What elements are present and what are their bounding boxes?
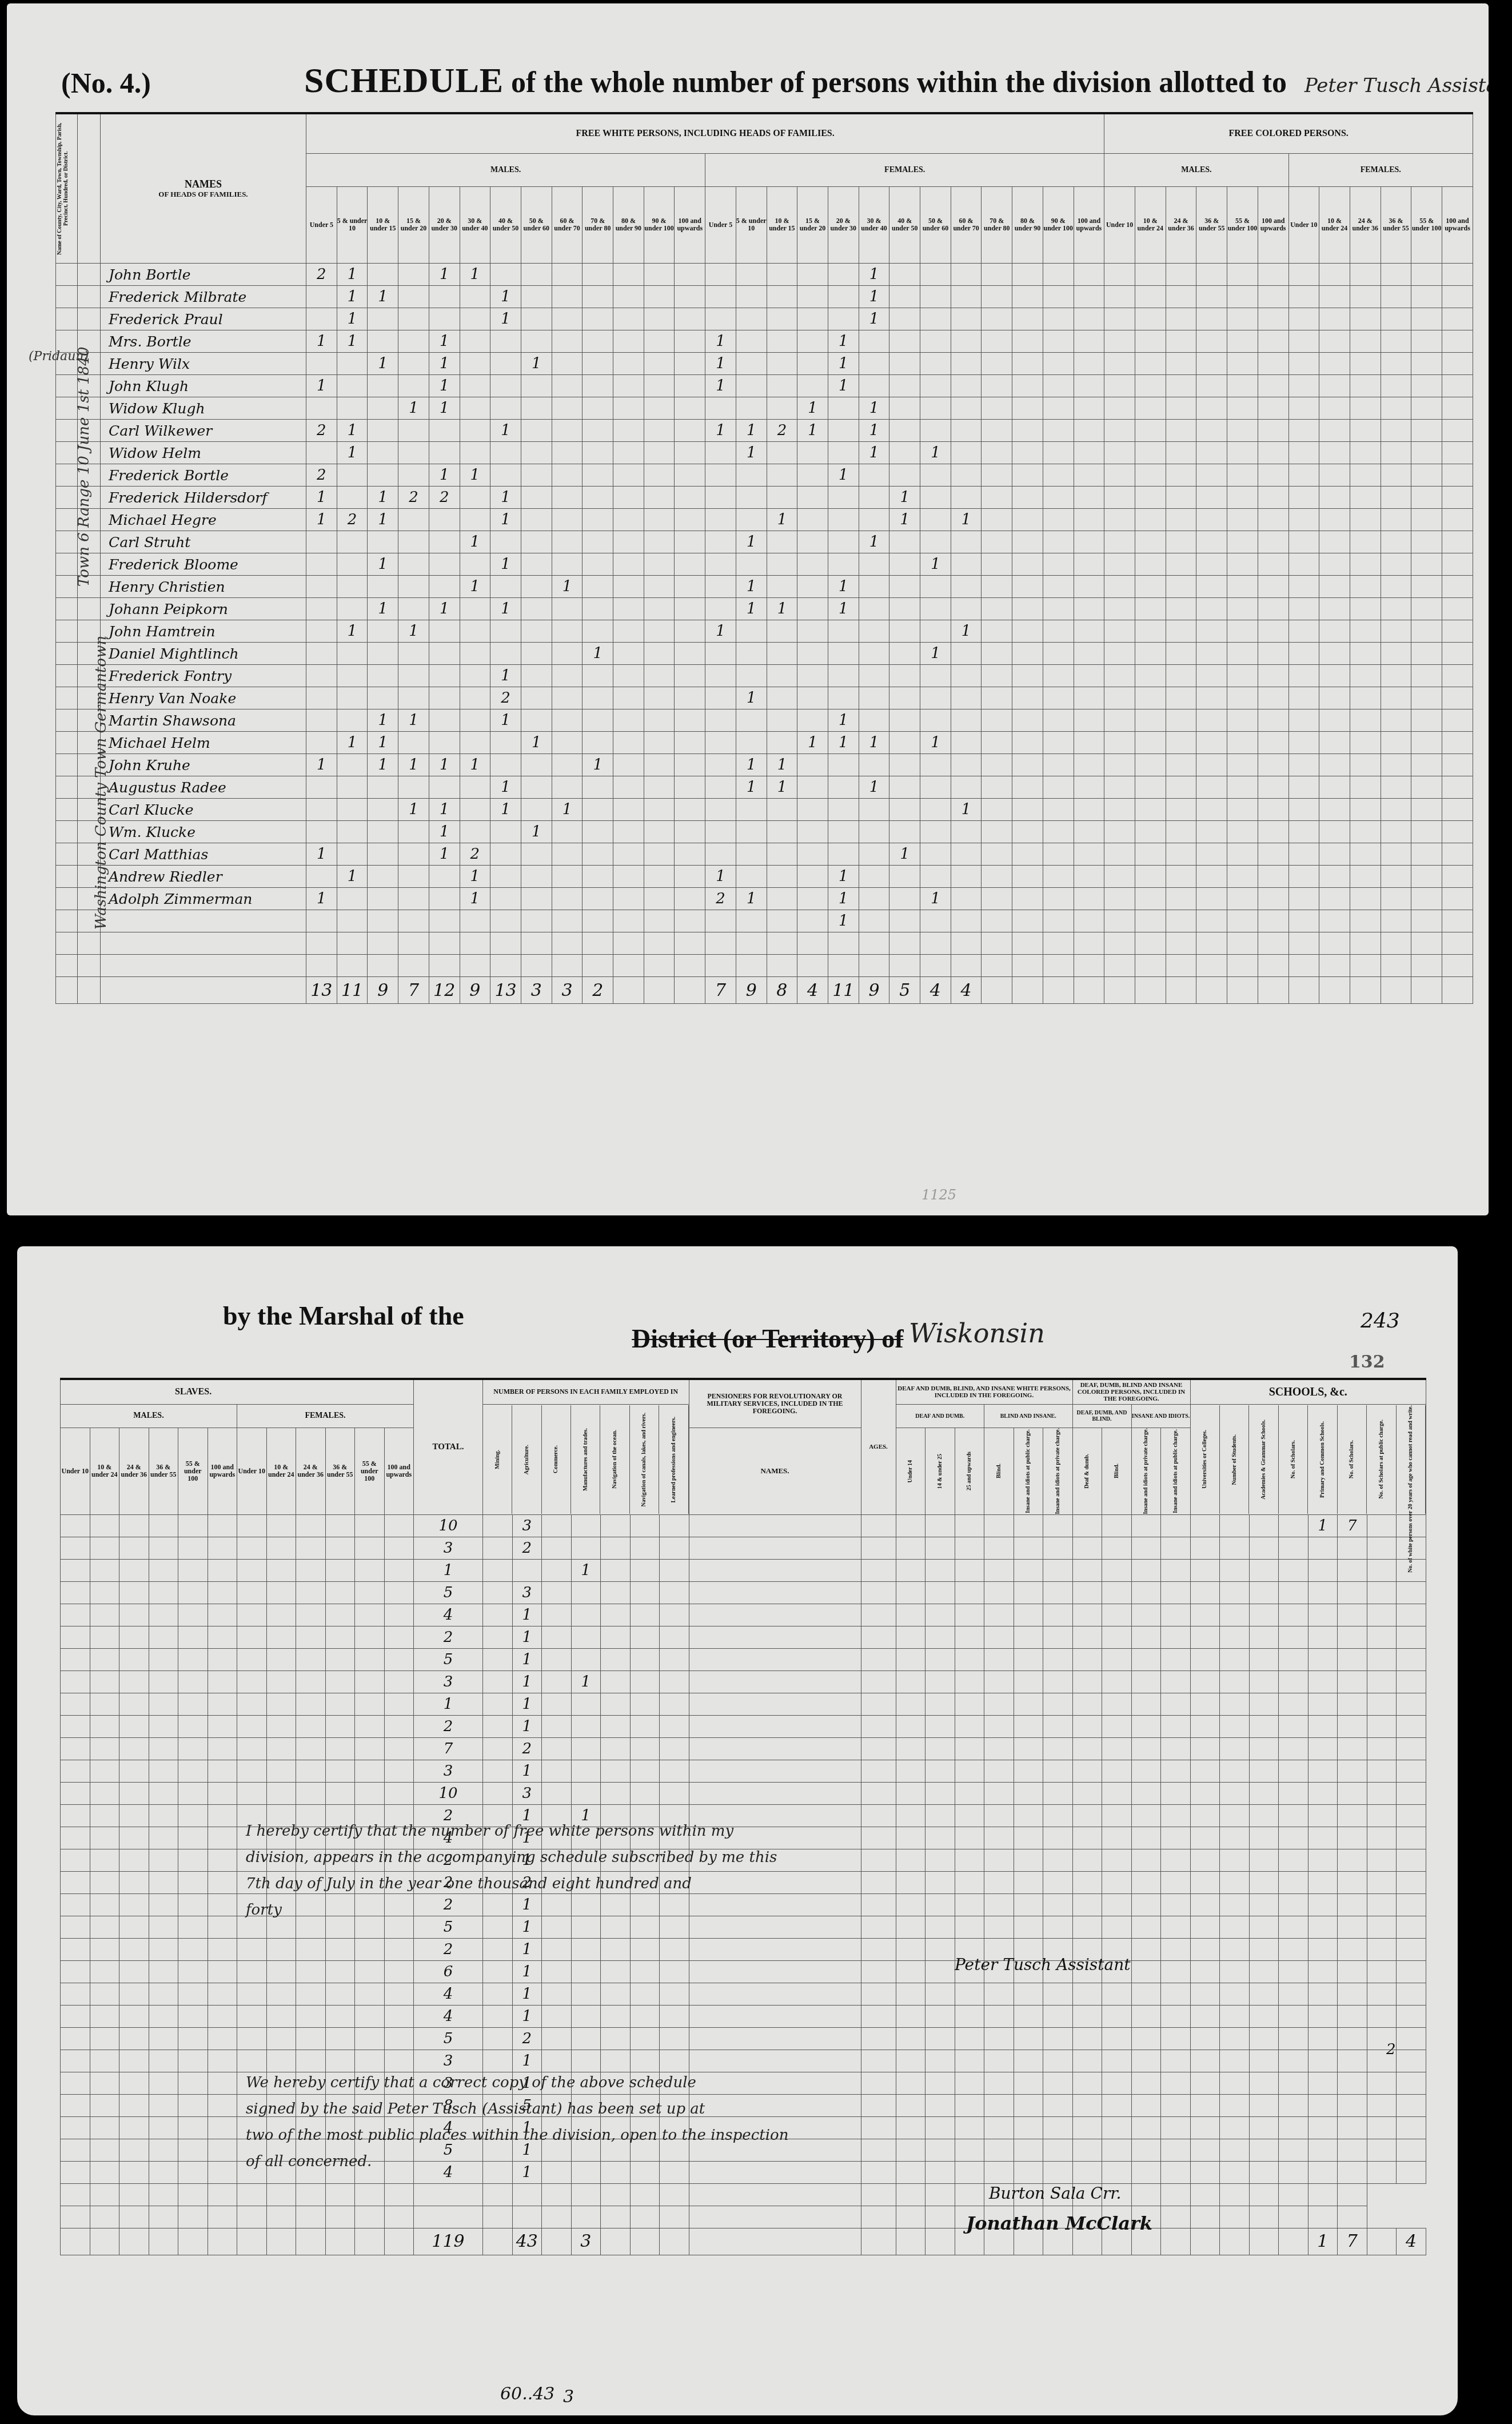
colored-count xyxy=(1196,687,1227,709)
female-count xyxy=(1074,397,1104,420)
female-count: 1 xyxy=(828,866,859,888)
district-title: District (or Territory) of xyxy=(632,1323,904,1354)
male-count xyxy=(306,442,337,464)
female-count xyxy=(920,576,951,598)
colored-count xyxy=(1196,620,1227,643)
mining-count xyxy=(483,1938,513,1960)
household-total: 4 xyxy=(414,2005,483,2027)
colored-count xyxy=(1442,754,1473,776)
slave-count xyxy=(178,1849,208,1871)
primary-scholars xyxy=(1338,2027,1367,2050)
slave-count xyxy=(149,2228,178,2255)
slave-count xyxy=(61,1604,90,1626)
colored-count xyxy=(1350,843,1381,866)
agriculture-count: 1 xyxy=(512,1960,542,1983)
colored-count xyxy=(1350,286,1381,308)
female-count xyxy=(920,709,951,732)
colored-count xyxy=(1442,553,1473,576)
slave-count xyxy=(61,1760,90,1782)
colored-count xyxy=(1411,464,1442,487)
male-count xyxy=(552,821,583,843)
female-count xyxy=(767,286,797,308)
colored-count xyxy=(1227,821,1258,843)
slave-count xyxy=(266,1782,296,1804)
male-count xyxy=(490,866,521,888)
colored-count xyxy=(1350,375,1381,397)
female-count: 1 xyxy=(920,732,951,754)
male-count xyxy=(490,620,521,643)
female-count: 1 xyxy=(797,420,828,442)
commerce-count xyxy=(542,1559,572,1581)
female-count xyxy=(951,732,982,754)
colored-female-age-col: 10 & under 24 xyxy=(1319,186,1350,263)
male-count xyxy=(398,531,429,553)
colored-count xyxy=(1442,308,1473,330)
female-count xyxy=(1012,754,1043,776)
male-count xyxy=(460,709,490,732)
female-count: 1 xyxy=(705,375,736,397)
female-count xyxy=(951,665,982,687)
slave-count xyxy=(119,2027,149,2050)
male-count xyxy=(552,643,583,665)
colored-females-header: FEMALES. xyxy=(1288,153,1473,186)
female-count xyxy=(982,375,1012,397)
slave-count xyxy=(178,1537,208,1559)
male-count xyxy=(398,821,429,843)
colored-count xyxy=(1442,420,1473,442)
colored-count xyxy=(1319,754,1350,776)
male-count: 1 xyxy=(429,264,460,286)
slave-count xyxy=(325,2027,355,2050)
male-count xyxy=(521,888,552,910)
female-count xyxy=(736,286,767,308)
slave-count xyxy=(61,2050,90,2072)
colored-count xyxy=(1135,866,1166,888)
female-count xyxy=(951,687,982,709)
female-count xyxy=(1043,553,1074,576)
primary-scholars xyxy=(1338,1827,1367,1849)
male-total: 3 xyxy=(552,977,583,1004)
slave-count xyxy=(208,2116,237,2139)
slave-count xyxy=(178,1782,208,1804)
slave-count xyxy=(90,2161,119,2183)
female-count xyxy=(859,509,889,531)
female-count xyxy=(982,330,1012,353)
female-total xyxy=(982,977,1012,1004)
primary-schools xyxy=(1308,1827,1338,1849)
slave-count xyxy=(61,2027,90,2050)
colored-count xyxy=(1442,799,1473,821)
colored-count xyxy=(1258,687,1288,709)
female-count: 1 xyxy=(767,754,797,776)
male-count xyxy=(337,910,368,932)
female-count xyxy=(982,576,1012,598)
male-count xyxy=(306,665,337,687)
male-count xyxy=(644,553,675,576)
colored-count xyxy=(1104,910,1135,932)
female-count xyxy=(1012,464,1043,487)
slave-count xyxy=(325,1693,355,1715)
male-count xyxy=(583,665,613,687)
male-count xyxy=(460,821,490,843)
female-total: 11 xyxy=(828,977,859,1004)
colored-count xyxy=(1288,553,1319,576)
female-count xyxy=(736,264,767,286)
colored-count xyxy=(1135,732,1166,754)
household-total: 10 xyxy=(414,1782,483,1804)
male-count xyxy=(675,464,705,487)
male-count xyxy=(306,531,337,553)
slave-count xyxy=(296,1671,326,1693)
male-count: 1 xyxy=(368,754,398,776)
territory-handwritten: Wiskonsin xyxy=(909,1318,1045,1349)
slave-count xyxy=(384,1648,414,1671)
pensioner-name xyxy=(689,2228,861,2255)
slave-count xyxy=(296,1693,326,1715)
female-count xyxy=(951,353,982,375)
female-count xyxy=(859,754,889,776)
mining-count xyxy=(483,1537,513,1559)
male-count xyxy=(429,866,460,888)
schools-columns: Universities or Colleges.Number of Stude… xyxy=(1191,1405,1426,1514)
colored-count xyxy=(1104,799,1135,821)
slave-count xyxy=(61,1782,90,1804)
head-of-family-name: Henry Christien xyxy=(101,576,306,598)
colored-count xyxy=(1166,509,1196,531)
signature-witness-1: Burton Sala Crr. xyxy=(989,2184,1121,2203)
head-of-family-name: Frederick Milbrate xyxy=(101,286,306,308)
pensioner-age xyxy=(861,1693,896,1715)
female-count xyxy=(951,910,982,932)
slave-male-age-col: 24 & under 36 xyxy=(119,1428,149,1515)
colored-count xyxy=(1135,620,1166,643)
slave-count xyxy=(178,2161,208,2183)
male-count xyxy=(429,509,460,531)
colored-count xyxy=(1411,330,1442,353)
commerce-count xyxy=(542,1960,572,1983)
male-count xyxy=(644,442,675,464)
female-count xyxy=(705,553,736,576)
male-count: 2 xyxy=(337,509,368,531)
female-count xyxy=(828,687,859,709)
female-count xyxy=(859,843,889,866)
male-count xyxy=(521,375,552,397)
male-count xyxy=(644,264,675,286)
male-count xyxy=(460,397,490,420)
page-number-printed: 132 xyxy=(1349,1352,1385,1372)
male-count xyxy=(368,420,398,442)
slave-female-age-col: Under 10 xyxy=(237,1428,267,1515)
colored-count xyxy=(1166,553,1196,576)
colored-count xyxy=(1135,509,1166,531)
male-count xyxy=(337,799,368,821)
illiterate-count xyxy=(1397,1960,1426,1983)
slave-count xyxy=(119,1715,149,1737)
male-total: 9 xyxy=(460,977,490,1004)
slave-count xyxy=(325,1559,355,1581)
male-count: 1 xyxy=(490,286,521,308)
slave-count xyxy=(149,1916,178,1938)
female-count xyxy=(951,598,982,620)
male-count: 1 xyxy=(583,754,613,776)
colored-count xyxy=(1350,910,1381,932)
household-row: 61 xyxy=(61,1960,1426,1983)
colored-count xyxy=(1196,576,1227,598)
agriculture-count: 1 xyxy=(512,1715,542,1737)
manufactures-count: 3 xyxy=(571,2228,601,2255)
slave-count xyxy=(178,2228,208,2255)
colored-count xyxy=(1166,888,1196,910)
female-count xyxy=(797,464,828,487)
male-count xyxy=(583,397,613,420)
commerce-count xyxy=(542,1782,572,1804)
primary-scholars xyxy=(1338,1983,1367,2005)
population-table-left: Name of County, City, Ward, Town, Townsh… xyxy=(55,112,1473,1004)
colored-count xyxy=(1227,286,1258,308)
household-total: 3 xyxy=(414,2050,483,2072)
colored-count xyxy=(1411,866,1442,888)
slave-count xyxy=(119,2050,149,2072)
slave-count xyxy=(61,1893,90,1916)
colored-count xyxy=(1166,620,1196,643)
colored-count xyxy=(1196,509,1227,531)
female-count xyxy=(736,665,767,687)
head-of-family-name: Frederick Bortle xyxy=(101,464,306,487)
female-count xyxy=(1043,776,1074,799)
slave-count xyxy=(325,1737,355,1760)
female-count xyxy=(889,709,920,732)
female-count xyxy=(1043,910,1074,932)
colored-count xyxy=(1411,531,1442,553)
male-count xyxy=(613,509,644,531)
illiterate-count xyxy=(1397,1916,1426,1938)
pensioner-name xyxy=(689,2050,861,2072)
male-count: 1 xyxy=(337,264,368,286)
female-count: 1 xyxy=(859,531,889,553)
white-male-age-col: 40 & under 50 xyxy=(490,186,521,263)
household-row: Carl Wilkewer21111211 xyxy=(56,420,1473,442)
female-total xyxy=(1012,977,1043,1004)
male-count xyxy=(460,687,490,709)
male-count xyxy=(613,553,644,576)
white-female-age-col: 10 & under 15 xyxy=(767,186,797,263)
slave-count xyxy=(90,1849,119,1871)
slave-count xyxy=(266,1715,296,1737)
primary-scholars xyxy=(1338,1737,1367,1760)
male-count xyxy=(429,531,460,553)
female-count xyxy=(1012,442,1043,464)
colored-count xyxy=(1319,531,1350,553)
male-count xyxy=(613,821,644,843)
female-count xyxy=(1074,732,1104,754)
slave-count xyxy=(237,1960,267,1983)
male-count xyxy=(675,286,705,308)
illiterate-count xyxy=(1397,1715,1426,1737)
colored-count xyxy=(1442,687,1473,709)
commerce-count xyxy=(542,2027,572,2050)
female-count: 1 xyxy=(705,620,736,643)
female-count xyxy=(859,888,889,910)
colored-count xyxy=(1104,709,1135,732)
female-count xyxy=(951,420,982,442)
male-count xyxy=(429,709,460,732)
slave-count xyxy=(149,1893,178,1916)
illiterate-count xyxy=(1397,1782,1426,1804)
colored-count xyxy=(1135,375,1166,397)
pensioner-age xyxy=(861,1938,896,1960)
school-col: No. of Scholars. xyxy=(1279,1405,1308,1514)
male-total: 9 xyxy=(368,977,398,1004)
colored-count xyxy=(1135,754,1166,776)
female-count xyxy=(889,732,920,754)
female-count xyxy=(828,442,859,464)
slave-count xyxy=(90,2094,119,2116)
male-count xyxy=(583,509,613,531)
white-male-age-col: 60 & under 70 xyxy=(552,186,583,263)
colored-count xyxy=(1104,866,1135,888)
female-count xyxy=(1043,308,1074,330)
slave-count xyxy=(325,1537,355,1559)
female-count xyxy=(859,553,889,576)
male-count xyxy=(368,665,398,687)
female-count xyxy=(705,464,736,487)
slave-count xyxy=(149,1827,178,1849)
colored-count xyxy=(1350,821,1381,843)
slave-count xyxy=(149,2005,178,2027)
household-row: Michael Hegre1211111 xyxy=(56,509,1473,531)
male-count xyxy=(675,910,705,932)
household-total: 3 xyxy=(414,1537,483,1559)
male-count xyxy=(583,553,613,576)
colored-count xyxy=(1288,709,1319,732)
white-female-age-col: 30 & under 40 xyxy=(859,186,889,263)
female-count: 1 xyxy=(767,509,797,531)
head-of-family-name: Johann Peipkorn xyxy=(101,598,306,620)
mining-count xyxy=(483,1983,513,2005)
illiterate-count xyxy=(1397,1671,1426,1693)
colored-count xyxy=(1227,397,1258,420)
illiterate-count xyxy=(1397,2050,1426,2072)
pensioner-age xyxy=(861,1715,896,1737)
illiterate-count xyxy=(1397,1648,1426,1671)
colored-count xyxy=(1288,665,1319,687)
slave-count xyxy=(119,2072,149,2094)
slave-count xyxy=(237,1514,267,1537)
female-count xyxy=(797,553,828,576)
male-count: 1 xyxy=(552,576,583,598)
male-count xyxy=(398,732,429,754)
male-count xyxy=(368,397,398,420)
head-of-family-name: Augustus Radee xyxy=(101,776,306,799)
male-count: 1 xyxy=(460,866,490,888)
household-row: John Bortle21111 xyxy=(56,264,1473,286)
male-count xyxy=(644,464,675,487)
female-count xyxy=(705,687,736,709)
colored-count xyxy=(1135,910,1166,932)
female-count xyxy=(828,531,859,553)
colored-count xyxy=(1288,754,1319,776)
slave-count xyxy=(149,2161,178,2183)
female-count xyxy=(889,910,920,932)
colored-count xyxy=(1135,598,1166,620)
household-total: 10 xyxy=(414,1514,483,1537)
female-count xyxy=(920,665,951,687)
colored-count xyxy=(1104,732,1135,754)
colored-count xyxy=(1350,754,1381,776)
male-count xyxy=(675,576,705,598)
commerce-count xyxy=(542,2005,572,2027)
male-count xyxy=(490,464,521,487)
household-row: Frederick Bortle2111 xyxy=(56,464,1473,487)
colored-count xyxy=(1166,375,1196,397)
colored-count xyxy=(1350,665,1381,687)
male-count xyxy=(368,910,398,932)
agriculture-count: 3 xyxy=(512,1782,542,1804)
slave-count xyxy=(208,1626,237,1648)
deaf-white-col: Blind. xyxy=(984,1428,1014,1515)
male-count xyxy=(675,843,705,866)
slave-count xyxy=(119,2005,149,2027)
slave-count xyxy=(325,2005,355,2027)
slave-count xyxy=(355,2027,385,2050)
colored-count xyxy=(1196,308,1227,330)
colored-count xyxy=(1104,509,1135,531)
household-row: 41 xyxy=(61,1983,1426,2005)
slave-count xyxy=(208,1671,237,1693)
white-female-age-col: 90 & under 100 xyxy=(1043,186,1074,263)
female-count xyxy=(859,687,889,709)
male-count: 1 xyxy=(552,799,583,821)
slave-count xyxy=(325,1626,355,1648)
female-count xyxy=(951,308,982,330)
colored-count xyxy=(1196,264,1227,286)
female-count xyxy=(859,487,889,509)
male-count: 1 xyxy=(337,330,368,353)
totals-row: 119433174 xyxy=(61,2228,1426,2255)
slave-count xyxy=(61,1737,90,1760)
slave-count xyxy=(266,1693,296,1715)
slave-count xyxy=(119,1871,149,1893)
household-row: Frederick Hildersdorf112211 xyxy=(56,487,1473,509)
male-count xyxy=(306,353,337,375)
female-count xyxy=(705,286,736,308)
male-count xyxy=(583,866,613,888)
slave-count xyxy=(266,1559,296,1581)
female-count xyxy=(1074,888,1104,910)
colored-count xyxy=(1288,264,1319,286)
slave-count xyxy=(149,2072,178,2094)
female-count xyxy=(1012,776,1043,799)
colored-count xyxy=(1104,487,1135,509)
head-of-family-name: Carl Struht xyxy=(101,531,306,553)
colored-count xyxy=(1166,531,1196,553)
colored-count xyxy=(1227,665,1258,687)
agriculture-count: 3 xyxy=(512,1514,542,1537)
primary-scholars xyxy=(1338,1581,1367,1604)
colored-count xyxy=(1258,732,1288,754)
slave-male-age-col: 100 and upwards xyxy=(208,1428,237,1515)
female-count xyxy=(982,464,1012,487)
colored-count xyxy=(1319,620,1350,643)
female-count xyxy=(797,620,828,643)
male-count xyxy=(460,643,490,665)
colored-count xyxy=(1227,576,1258,598)
male-total xyxy=(644,977,675,1004)
male-count: 1 xyxy=(429,843,460,866)
male-count xyxy=(460,353,490,375)
male-count xyxy=(613,353,644,375)
slave-female-age-col: 24 & under 36 xyxy=(296,1428,326,1515)
